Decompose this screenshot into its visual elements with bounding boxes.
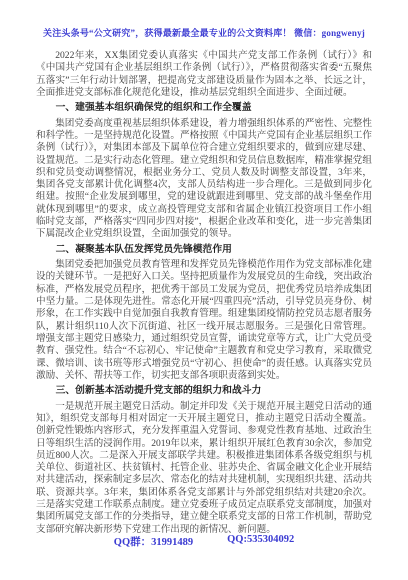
- qq-number: QQ:535304092: [227, 534, 294, 549]
- promo-banner: 关注头条号“公文研究”，获得最新最全最专业的公文资料库！ 微信：gongweny…: [0, 26, 408, 39]
- body-paragraph: 集团党委高度重视基层组织体系建设，着力增强组织体系的严密性、完整性和科学性。一是…: [36, 118, 372, 241]
- contact-footer: QQ群：31991489 QQ:535304092: [0, 534, 408, 549]
- section-heading: 二、凝聚基本队伍发挥党员先锋模范作用: [36, 244, 372, 257]
- body-paragraph: 2022年来，XX集团党委认真落实《中国共产党支部工作条例（试行）》和《中国共产…: [36, 50, 372, 99]
- section-heading: 一、建强基本组织确保党的组织和工作全覆盖: [36, 102, 372, 115]
- body-paragraph: 集团党委把加强党员教育管理和发挥党员先锋模范作用作为党支部标准化建设的关键环节。…: [36, 259, 372, 382]
- document-page: 关注头条号“公文研究”，获得最新最全最专业的公文资料库！ 微信：gongweny…: [0, 0, 408, 580]
- document-body: 2022年来，XX集团党委认真落实《中国共产党支部工作条例（试行）》和《中国共产…: [36, 50, 372, 536]
- body-paragraph: 一是规范开展主题党日活动。制定并印发《关于规范开展主题党日活动的通知》，组织党支…: [36, 401, 372, 536]
- qq-group-number: QQ群：31991489: [114, 534, 193, 549]
- section-heading: 三、创新基本活动提升党支部的组织力和战斗力: [36, 385, 372, 398]
